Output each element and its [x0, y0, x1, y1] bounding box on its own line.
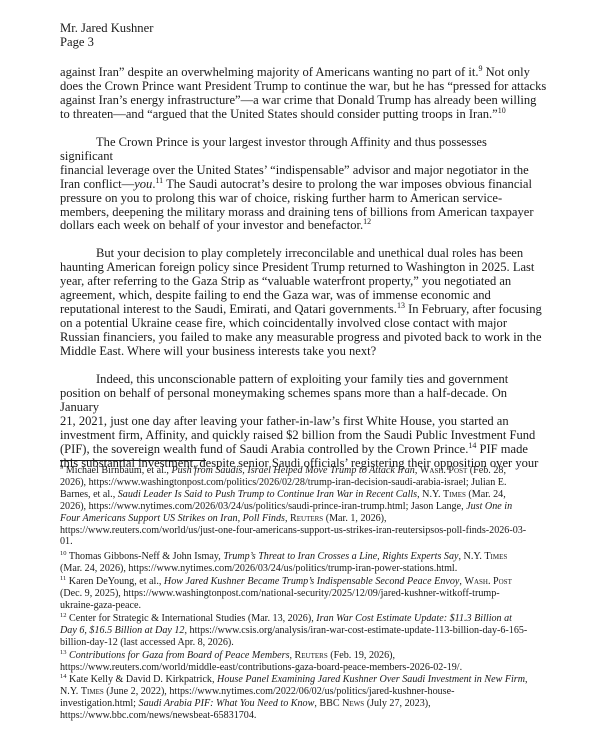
text-line: 21, 2021, just one day after leaving you… — [60, 414, 509, 428]
publication: News — [342, 698, 364, 709]
citation-url[interactable]: ukraine-gaza-peace. — [60, 600, 542, 612]
text-line: Iran conflict—you.11 The Saudi autocrat’… — [60, 177, 532, 191]
citation-url[interactable]: https://www.bbc.com/news/newsbeat-658317… — [60, 710, 542, 722]
footnote-10: 10 Thomas Gibbons-Neff & John Ismay, Tru… — [60, 551, 542, 575]
article-title: Day 6, $16.5 Billion at Day 12 — [60, 625, 184, 636]
citation-url[interactable]: , https://www.csis.org/analysis/iran-war… — [184, 625, 527, 636]
footnote-13: 13 Contributions for Gaza from Board of … — [60, 650, 542, 674]
article-title: How Jared Kushner Became Trump’s Indispe… — [164, 576, 459, 587]
citation-url[interactable]: (Mar. 24, 2026), https://www.nytimes.com… — [60, 563, 542, 575]
text-line: does the Crown Prince want President Tru… — [60, 80, 542, 94]
letter-header: Mr. Jared Kushner Page 3 — [60, 21, 153, 49]
text-line: (PIF), the sovereign wealth fund of Saud… — [60, 442, 528, 456]
citation-url[interactable]: (June 2, 2022), https://www.nytimes.com/… — [104, 686, 455, 697]
article-title: Four Americans Support US Strikes on Ira… — [60, 513, 285, 524]
publication: Times — [81, 686, 104, 697]
recipient-name: Mr. Jared Kushner — [60, 21, 153, 35]
article-title: Just One in — [466, 501, 512, 512]
letter-body: against Iran” despite an overwhelming ma… — [60, 66, 542, 485]
footnote-11: 11 Karen DeYoung, et al., How Jared Kush… — [60, 576, 542, 612]
citation-url[interactable]: 01. — [60, 536, 542, 548]
article-title: Trump’s Threat to Iran Crosses a Line, R… — [223, 551, 458, 562]
text-line: Indeed, this unconscionable pattern of e… — [96, 372, 508, 386]
citation-url[interactable]: https://www.reuters.com/world/us/just-on… — [60, 525, 542, 537]
text-line: members, deepening the military morass a… — [60, 205, 534, 219]
text-line: against Iran’s energy infrastructure”—a … — [60, 94, 542, 108]
text-line: financial leverage over the United State… — [60, 163, 529, 177]
citation-url[interactable]: https://www.reuters.com/world/middle-eas… — [60, 662, 542, 674]
article-title: Saudi Arabia PIF: What You Need to Know — [139, 698, 315, 709]
footnote-ref-10[interactable]: 10 — [498, 106, 506, 115]
text-line: Russian financiers, you failed to make a… — [60, 330, 542, 344]
footnote-14: 14 Kate Kelly & David D. Kirkpatrick, Ho… — [60, 674, 542, 722]
citation-url[interactable]: investigation.html; — [60, 698, 139, 709]
publication: Reuters — [290, 513, 323, 524]
footnote-divider — [60, 460, 206, 461]
footnote-ref-12[interactable]: 12 — [363, 217, 371, 226]
publication: Times — [443, 489, 466, 500]
text-line: investment firm, Affinity, and quickly r… — [60, 428, 535, 442]
publication: Wash. Post — [420, 465, 467, 476]
text-line: But your decision to play completely irr… — [96, 246, 523, 260]
citation-url[interactable]: (Dec. 9, 2025), https://www.washingtonpo… — [60, 588, 542, 600]
citation-url[interactable]: 2026), https://www.washingtonpost.com/po… — [60, 477, 542, 489]
text-line: Middle East. Where will your business in… — [60, 344, 376, 358]
paragraph-4: Indeed, this unconscionable pattern of e… — [60, 373, 542, 471]
paragraph-2: The Crown Prince is your largest investo… — [60, 136, 542, 234]
text-line: dollars each week on behalf of your inve… — [60, 218, 371, 232]
footnotes: 9 Michael Birnbaum, et al., Push from Sa… — [60, 465, 542, 723]
text-line: year, after referring to the Gaza Strip … — [60, 274, 511, 288]
footnote-12: 12 Center for Strategic & International … — [60, 613, 542, 649]
paragraph-3: But your decision to play completely irr… — [60, 247, 542, 359]
text-line: on a potential Ukraine cease fire, which… — [60, 316, 507, 330]
article-title: Saudi Leader Is Said to Push Trump to Co… — [118, 489, 417, 500]
text-line: reputational interest to the Saudi, Emir… — [60, 302, 542, 316]
article-title: Contributions for Gaza from Board of Pea… — [69, 650, 289, 661]
citation-url[interactable]: billion-day-12 (last accessed Apr. 8, 20… — [60, 637, 542, 649]
publication: Times — [484, 551, 507, 562]
text-line: against Iran” despite an overwhelming ma… — [60, 66, 542, 80]
page-number: Page 3 — [60, 35, 153, 49]
citation-url[interactable]: 2026), https://www.nytimes.com/2026/03/2… — [60, 501, 466, 512]
text-line: position on behalf of personal moneymaki… — [60, 386, 507, 414]
text-line: haunting American foreign policy since P… — [60, 260, 534, 274]
paragraph-1: against Iran” despite an overwhelming ma… — [60, 66, 542, 122]
text-line: The Crown Prince is your largest investo… — [60, 135, 487, 163]
text-line: to threaten—and “argued that the United … — [60, 108, 542, 122]
footnote-ref-13[interactable]: 13 — [397, 301, 405, 310]
article-title: House Panel Examining Jared Kushner Over… — [217, 674, 525, 685]
footnote-9: 9 Michael Birnbaum, et al., Push from Sa… — [60, 465, 542, 548]
footnote-number: 13 — [60, 649, 67, 656]
text-line: agreement, which, despite failing to end… — [60, 288, 491, 302]
publication: Reuters — [295, 650, 328, 661]
publication: Wash. Post — [464, 576, 511, 587]
article-title: Push from Saudis, Israel Helped Move Tru… — [171, 465, 414, 476]
article-title: Iran War Cost Estimate Update: $11.3 Bil… — [316, 613, 512, 624]
text-line: pressure on you to prolong this war of c… — [60, 191, 502, 205]
